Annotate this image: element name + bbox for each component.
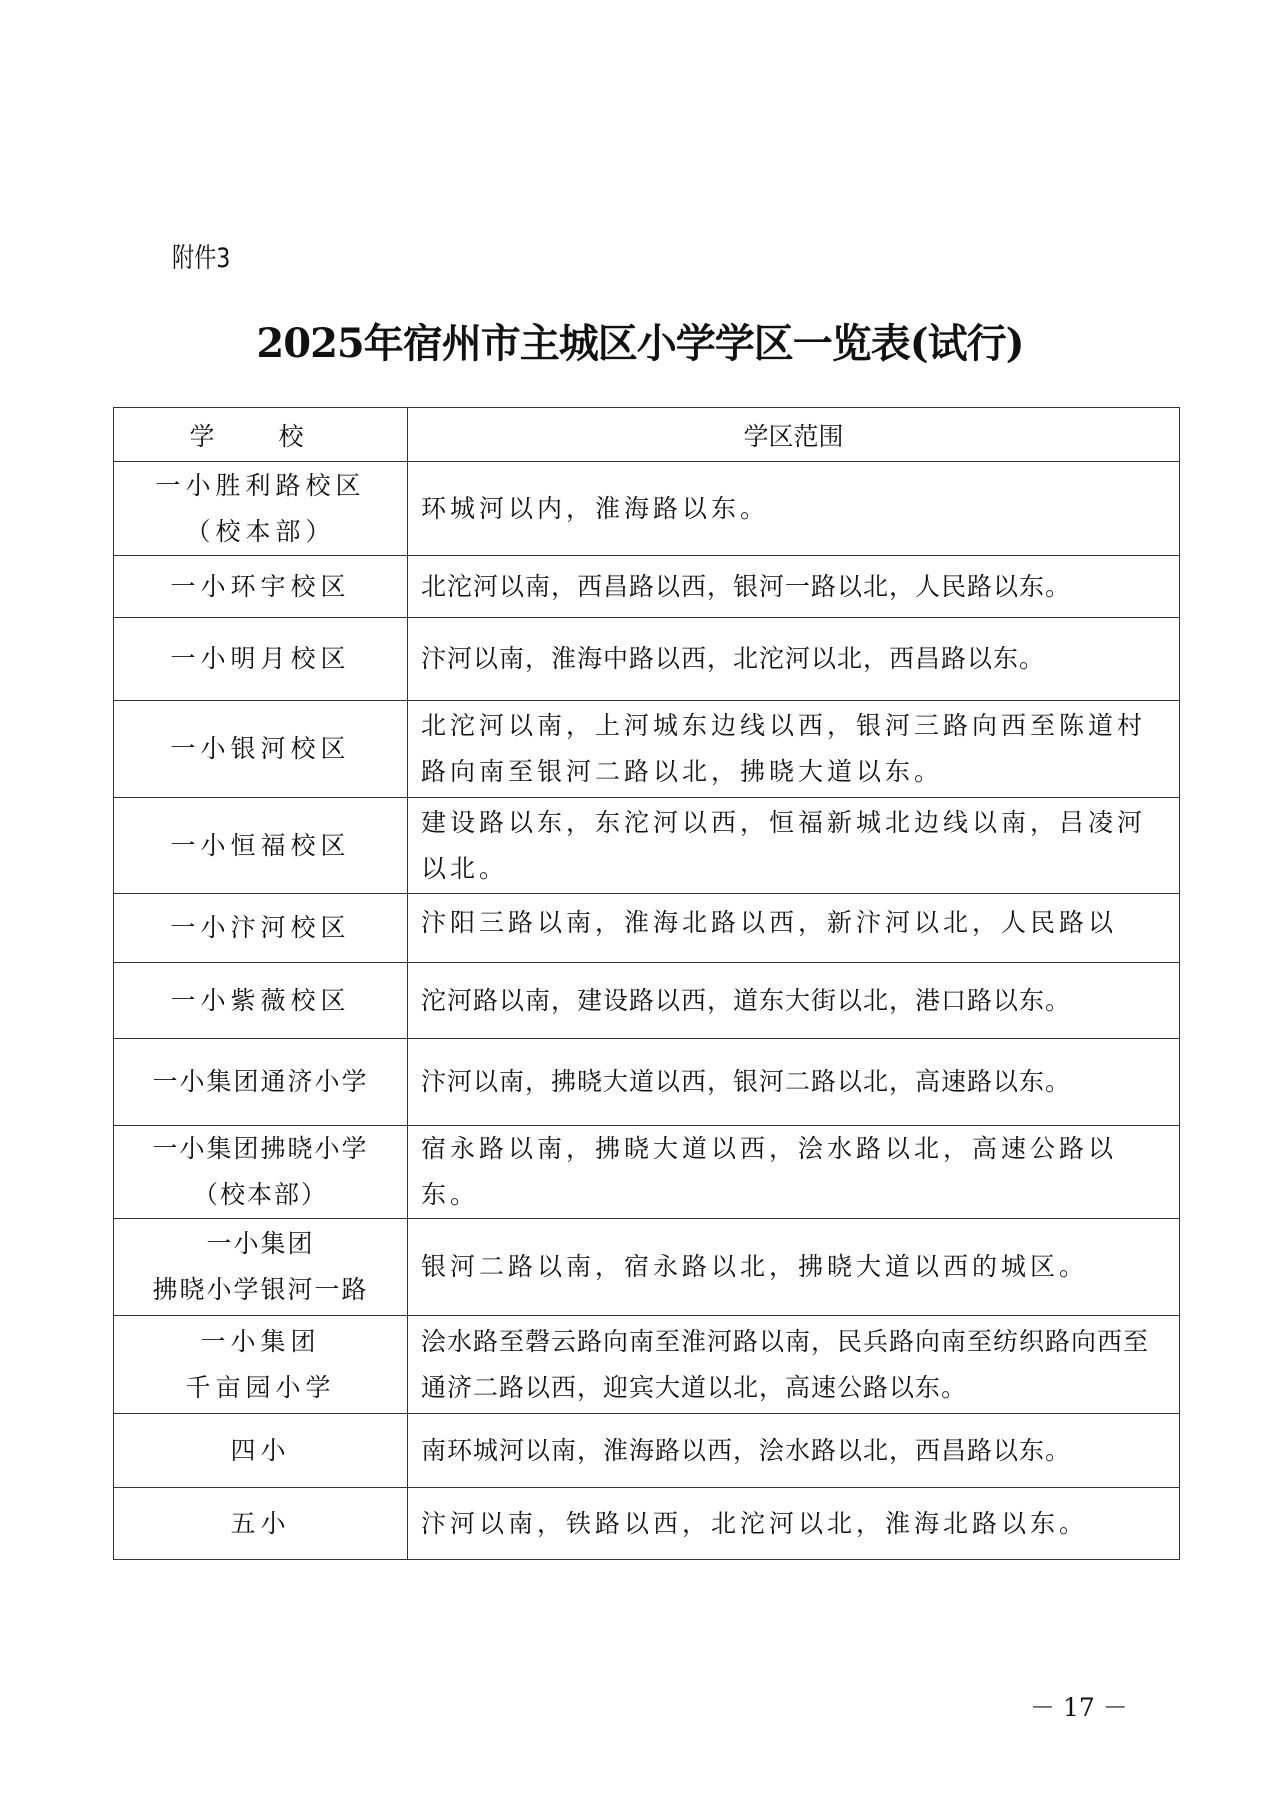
district-range: 北沱河以南，上河城东边线以西，银河三路向西至陈道村路向南至银河二路以北，拂晓大道… — [408, 701, 1180, 798]
table-row: 一小明月校区 汴河以南，淮海中路以西，北沱河以北，西昌路以东。 — [114, 618, 1180, 701]
table-row: 一小银河校区 北沱河以南，上河城东边线以西，银河三路向西至陈道村路向南至银河二路… — [114, 701, 1180, 798]
school-name: 一小恒福校区 — [114, 798, 408, 894]
district-range: 南环城河以南，淮海路以西，浍水路以北，西昌路以东。 — [408, 1414, 1180, 1488]
table-row: 一小集团拂晓小学银河一路 银河二路以南，宿永路以北，拂晓大道以西的城区。 — [114, 1219, 1180, 1316]
school-name: 一小汴河校区 — [114, 894, 408, 963]
table-row: 一小环宇校区 北沱河以南，西昌路以西，银河一路以北，人民路以东。 — [114, 556, 1180, 618]
table-row: 一小集团通济小学 汴河以南，拂晓大道以西，银河二路以北，高速路以东。 — [114, 1039, 1180, 1126]
document-title: 2025年宿州市主城区小学学区一览表(试行) — [0, 312, 1280, 369]
school-name: 一小集团拂晓小学（校本部） — [114, 1126, 408, 1219]
district-range: 汴河以南，拂晓大道以西，银河二路以北，高速路以东。 — [408, 1039, 1180, 1126]
school-name: 一小明月校区 — [114, 618, 408, 701]
school-district-table: 学 校 学区范围 一小胜利路校区（校本部） 环城河以内，淮海路以东。 一小环宇校… — [113, 407, 1180, 1560]
header-range: 学区范围 — [408, 408, 1180, 462]
school-name: 一小集团通济小学 — [114, 1039, 408, 1126]
school-name: 一小集团千亩园小学 — [114, 1316, 408, 1414]
school-name: 四小 — [114, 1414, 408, 1488]
header-school: 学 校 — [114, 408, 408, 462]
district-range: 北沱河以南，西昌路以西，银河一路以北，人民路以东。 — [408, 556, 1180, 618]
district-range: 沱河路以南，建设路以西，道东大街以北，港口路以东。 — [408, 963, 1180, 1039]
table-header-row: 学 校 学区范围 — [114, 408, 1180, 462]
school-name: 一小银河校区 — [114, 701, 408, 798]
table-row: 四小 南环城河以南，淮海路以西，浍水路以北，西昌路以东。 — [114, 1414, 1180, 1488]
district-range: 汴河以南，铁路以西，北沱河以北，淮海北路以东。 — [408, 1488, 1180, 1560]
school-name: 一小环宇校区 — [114, 556, 408, 618]
district-range: 环城河以内，淮海路以东。 — [408, 462, 1180, 556]
page-number: － 17 － — [1030, 1688, 1128, 1724]
school-name: 一小紫薇校区 — [114, 963, 408, 1039]
table-row: 一小恒福校区 建设路以东，东沱河以西，恒福新城北边线以南，吕凌河以北。 — [114, 798, 1180, 894]
table-row: 五小 汴河以南，铁路以西，北沱河以北，淮海北路以东。 — [114, 1488, 1180, 1560]
district-range: 浍水路至磬云路向南至淮河路以南，民兵路向南至纺织路向西至通济二路以西，迎宾大道以… — [408, 1316, 1180, 1414]
table-row: 一小汴河校区 汴阳三路以南，淮海北路以西，新汴河以北，人民路以东。 — [114, 894, 1180, 963]
school-name: 一小胜利路校区（校本部） — [114, 462, 408, 556]
table-row: 一小集团拂晓小学（校本部） 宿永路以南，拂晓大道以西，浍水路以北，高速公路以东。 — [114, 1126, 1180, 1219]
attachment-label: 附件3 — [172, 236, 230, 275]
district-range: 建设路以东，东沱河以西，恒福新城北边线以南，吕凌河以北。 — [408, 798, 1180, 894]
district-range: 汴阳三路以南，淮海北路以西，新汴河以北，人民路以东。 — [408, 894, 1180, 963]
table-row: 一小集团千亩园小学 浍水路至磬云路向南至淮河路以南，民兵路向南至纺织路向西至通济… — [114, 1316, 1180, 1414]
school-name: 五小 — [114, 1488, 408, 1560]
school-name: 一小集团拂晓小学银河一路 — [114, 1219, 408, 1316]
district-range: 银河二路以南，宿永路以北，拂晓大道以西的城区。 — [408, 1219, 1180, 1316]
table-row: 一小紫薇校区 沱河路以南，建设路以西，道东大街以北，港口路以东。 — [114, 963, 1180, 1039]
district-range: 宿永路以南，拂晓大道以西，浍水路以北，高速公路以东。 — [408, 1126, 1180, 1219]
district-range: 汴河以南，淮海中路以西，北沱河以北，西昌路以东。 — [408, 618, 1180, 701]
table-row: 一小胜利路校区（校本部） 环城河以内，淮海路以东。 — [114, 462, 1180, 556]
